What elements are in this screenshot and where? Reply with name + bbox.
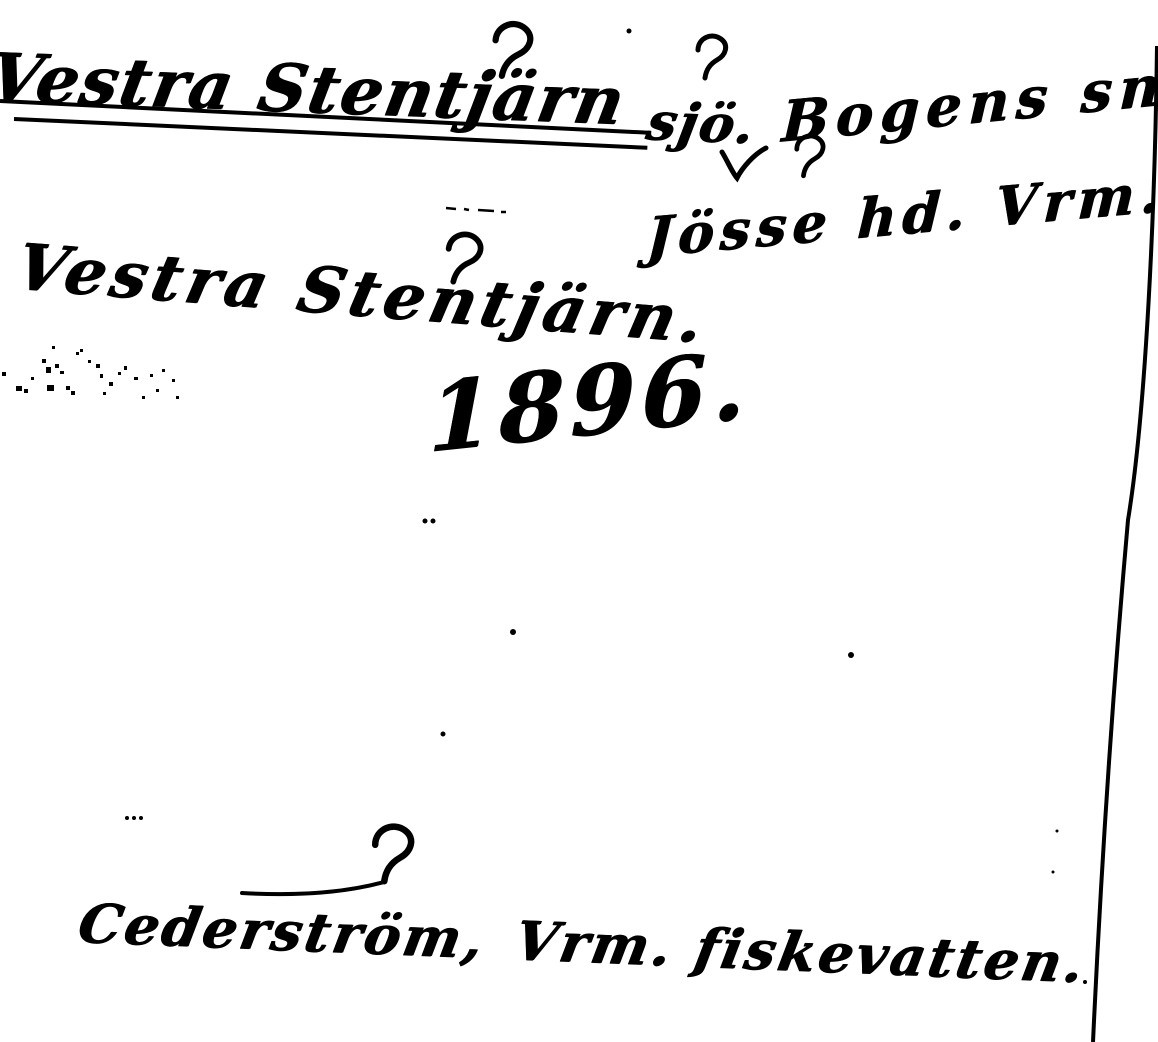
flourish-tail-stroke (242, 882, 384, 894)
source-region: Vrm. (510, 909, 680, 979)
scan-noise-dots (125, 29, 1087, 985)
source-line: Cederström,Vrm.fiskevatten. (74, 896, 1090, 990)
source-title: fiskevatten. (690, 916, 1092, 995)
year-line: 1896. (428, 338, 751, 466)
question-mark-annotation-icon (375, 827, 411, 882)
parish-line: Bogens sn. (781, 54, 1158, 150)
faint-dotted-stroke (446, 208, 506, 212)
source-author: Cederström, (73, 891, 491, 971)
ink-marks-overlay (0, 0, 1158, 1042)
district-line: Jösse hd. Vrm. (645, 165, 1158, 265)
name-repeat-line: Vestra Stentjärn. (10, 236, 714, 353)
index-card-scan: Vestra Stentjärnsjö. Bogens sn. Jösse hd… (0, 0, 1158, 1042)
illegible-pencil-smudge (2, 346, 179, 399)
feature-type-label: sjö. (643, 96, 760, 152)
